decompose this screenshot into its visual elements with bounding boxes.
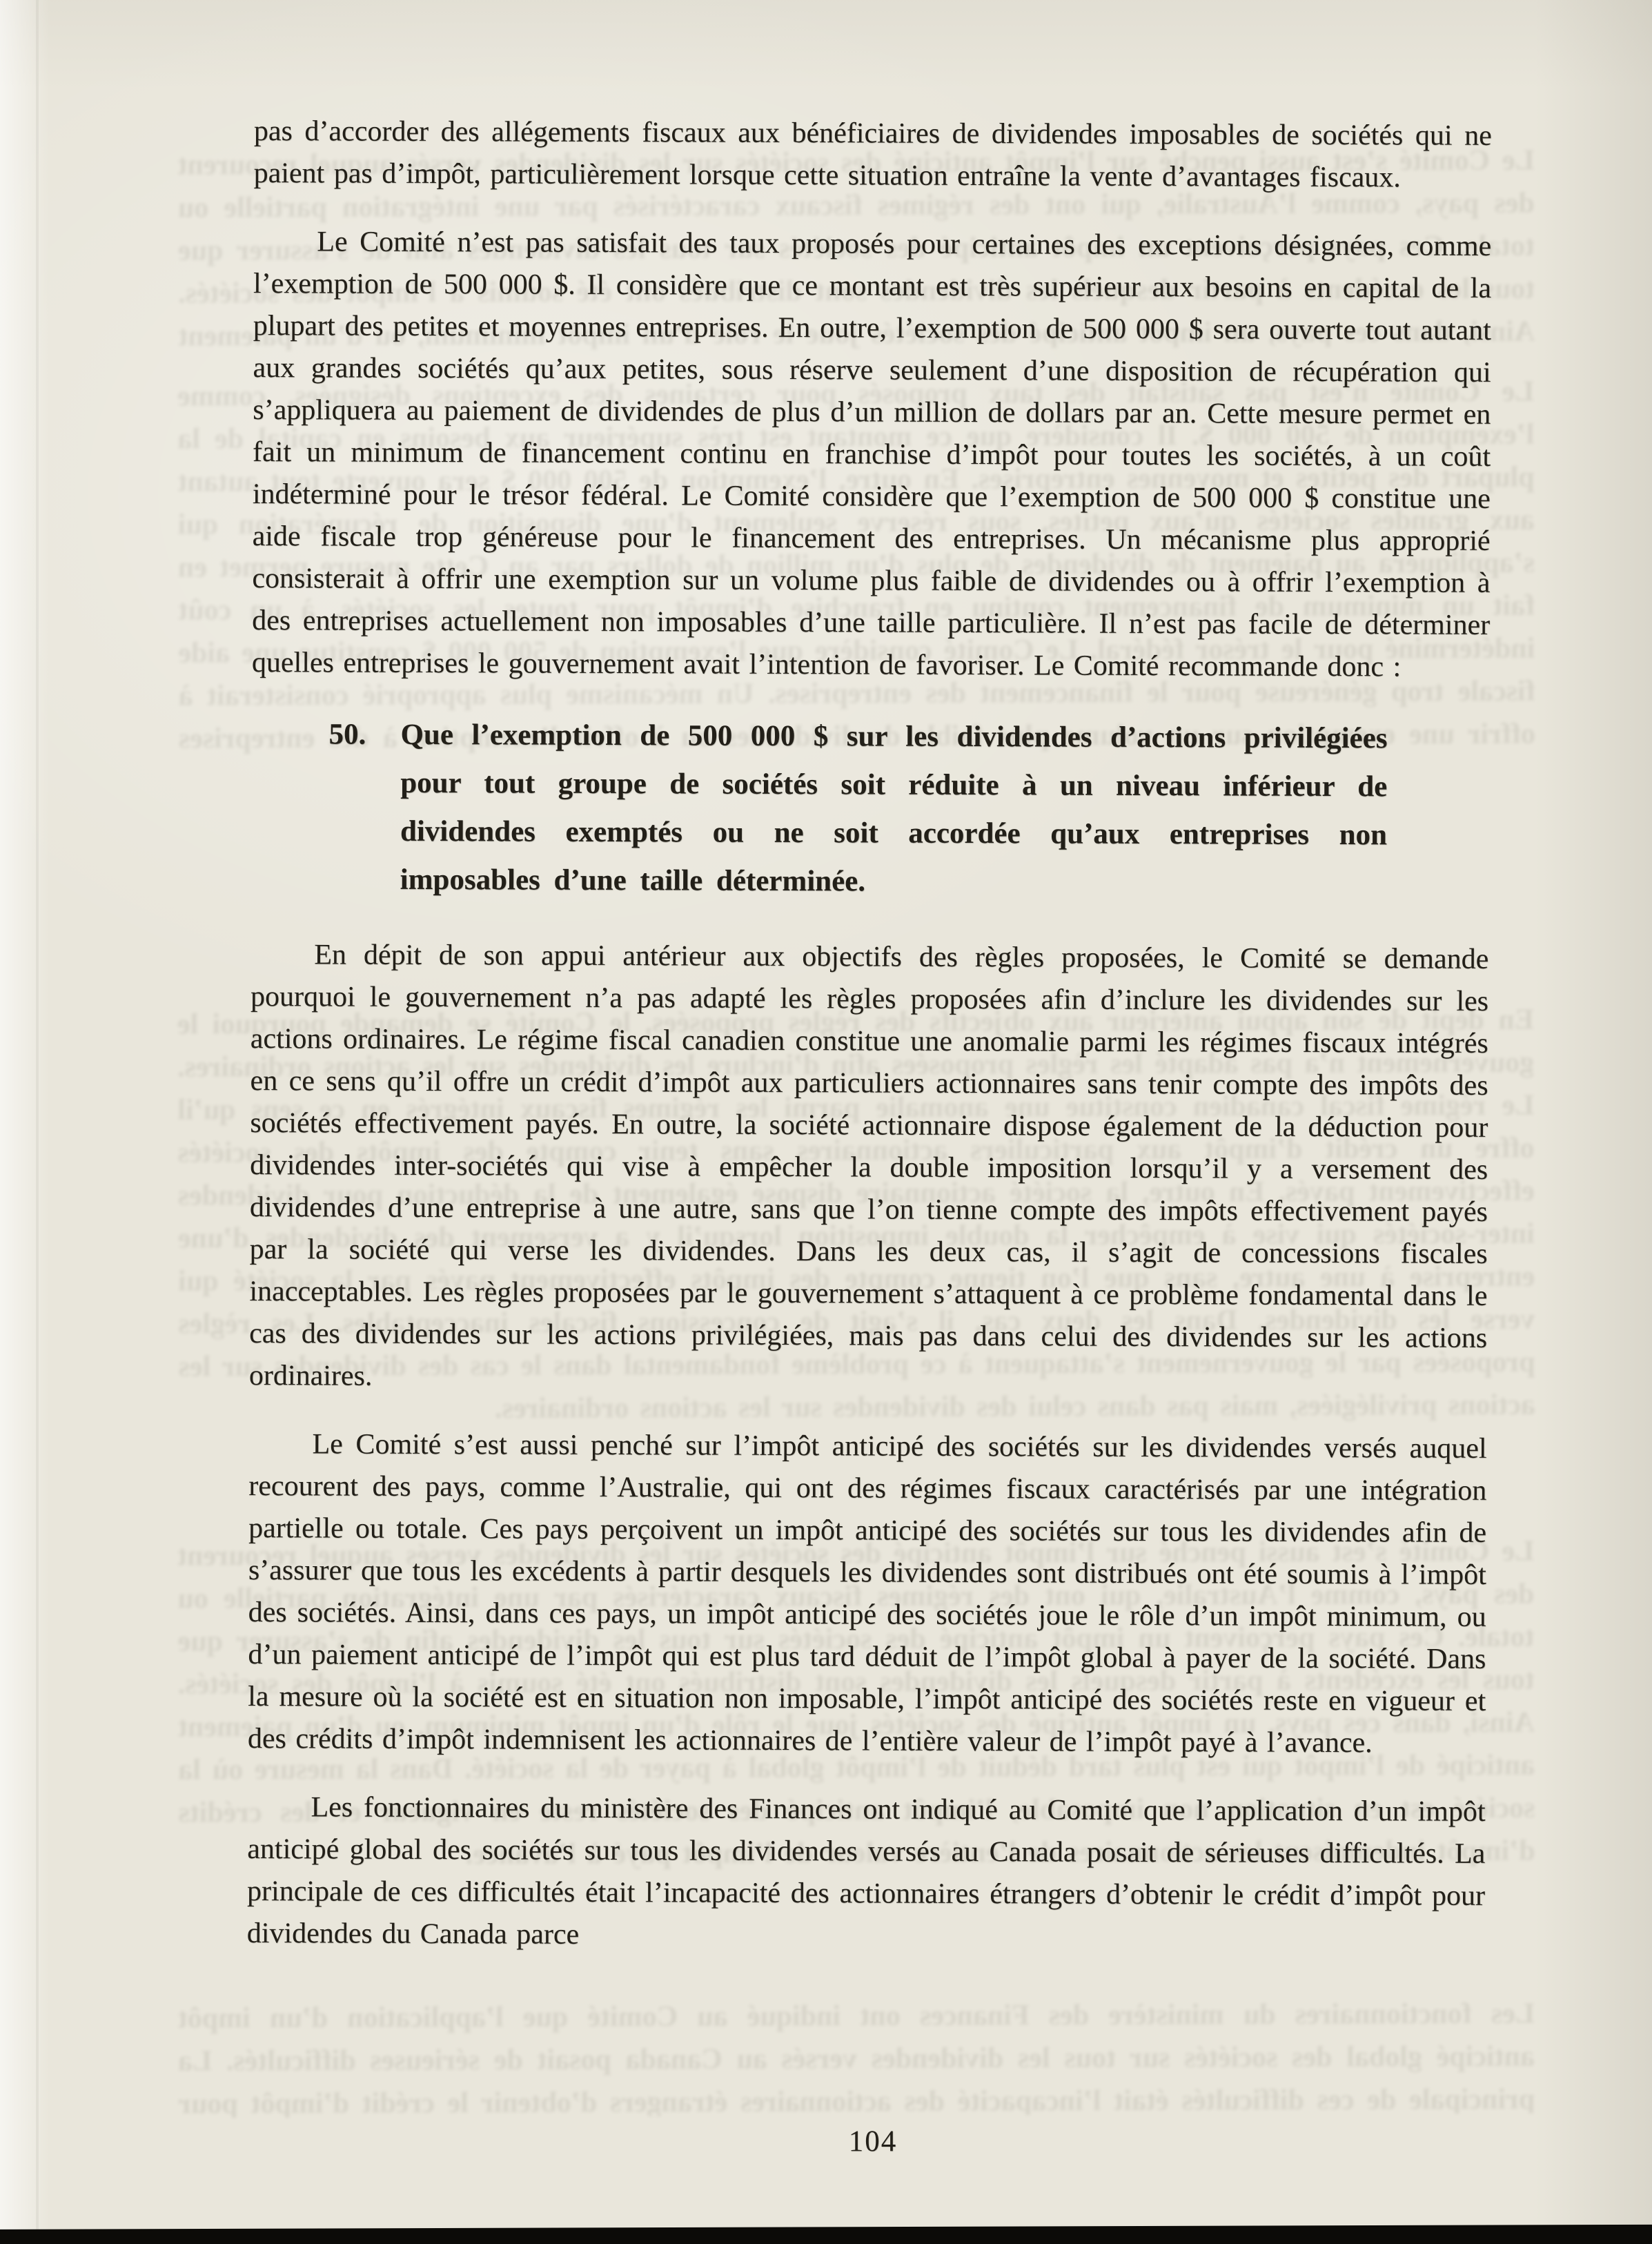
paragraph-4: Le Comité s’est aussi penché sur l’impôt…: [248, 1423, 1487, 1765]
scanned-page: Le Comité s’est aussi penché sur l’impôt…: [0, 0, 1652, 2244]
bleed-through-text: Les fonctionnaires du ministère des Fina…: [178, 1993, 1535, 2118]
recommendation-50: 50. Que l’exemption de 500 000 $ sur les…: [328, 710, 1490, 908]
paragraph-5: Les fonctionnaires du ministère des Fina…: [247, 1786, 1486, 1960]
paragraph-3: En dépit de son appui antérieur aux obje…: [249, 934, 1489, 1402]
recommendation-text: Que l’exemption de 500 000 $ sur les div…: [400, 711, 1388, 908]
paragraph-1: pas d’accorder des allégements fiscaux a…: [254, 110, 1492, 199]
paragraph-2: Le Comité n’est pas satisfait des taux p…: [252, 221, 1492, 689]
scan-edge: [0, 2222, 1652, 2244]
text-block: pas d’accorder des allégements fiscaux a…: [247, 110, 1492, 1986]
recommendation-number: 50.: [328, 710, 382, 759]
page-crease: [36, 0, 39, 2244]
page-number: 104: [254, 2125, 1492, 2158]
